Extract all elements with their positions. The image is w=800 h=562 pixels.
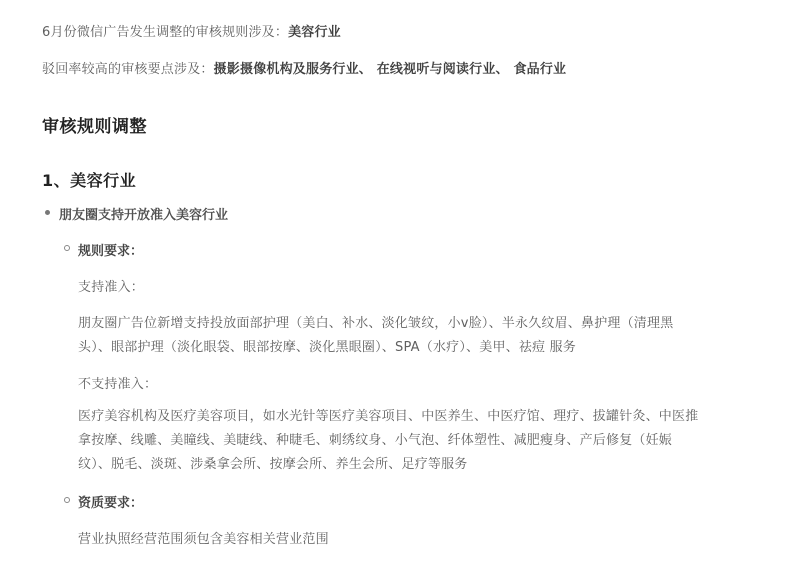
bullet-item: 朋友圈支持开放准入美容行业 [59, 204, 228, 223]
allowed-label: 支持准入： [78, 276, 144, 295]
intro-line-1-highlight: 美容行业 [288, 25, 341, 40]
disallowed-text-line-1: 医疗美容机构及医疗美容项目，如水光针等医疗美容项目、中医养生、中医疗馆、理疗、拔… [78, 405, 698, 429]
disallowed-text-line-2: 拿按摩、线雕、美瞳线、美睫线、种睫毛、刺绣纹身、小气泡、纤体塑性、减肥瘦身、产后… [78, 429, 698, 453]
allowed-text-line-1: 朋友圈广告位新增支持投放面部护理（美白、补水、淡化皱纹，小v脸）、半永久纹眉、鼻… [78, 312, 673, 336]
qualification-ring-icon [64, 497, 70, 503]
disallowed-label: 不支持准入： [78, 373, 157, 392]
bullet-dot-icon [45, 210, 50, 215]
intro-line-2-text: 驳回率较高的审核要点涉及： [42, 62, 214, 77]
rules-label: 规则要求： [78, 240, 143, 259]
disallowed-text-line-3: 纹）、脱毛、淡斑、涉桑拿会所、按摩会所、养生会所、足疗等服务 [78, 453, 698, 477]
intro-line-1: 6月份微信广告发生调整的审核规则涉及：美容行业 [42, 21, 341, 40]
disallowed-text: 医疗美容机构及医疗美容项目，如水光针等医疗美容项目、中医养生、中医疗馆、理疗、拔… [78, 405, 698, 477]
subsection-title: 1、美容行业 [42, 168, 136, 191]
intro-line-2: 驳回率较高的审核要点涉及：摄影摄像机构及服务行业、 在线视听与阅读行业、 食品行… [42, 58, 566, 77]
intro-line-1-text: 6月份微信广告发生调整的审核规则涉及： [42, 25, 288, 40]
allowed-text-line-2: 头）、眼部护理（淡化眼袋、眼部按摩、淡化黑眼圈）、SPA（水疗）、美甲、祛痘 服… [78, 336, 673, 360]
qualification-label: 资质要求： [78, 492, 143, 511]
rules-ring-icon [64, 245, 70, 251]
intro-line-2-highlight: 摄影摄像机构及服务行业、 在线视听与阅读行业、 食品行业 [214, 62, 567, 77]
section-title: 审核规则调整 [42, 112, 147, 137]
allowed-text: 朋友圈广告位新增支持投放面部护理（美白、补水、淡化皱纹，小v脸）、半永久纹眉、鼻… [78, 312, 673, 360]
qualification-text: 营业执照经营范围须包含美容相关营业范围 [78, 528, 329, 547]
